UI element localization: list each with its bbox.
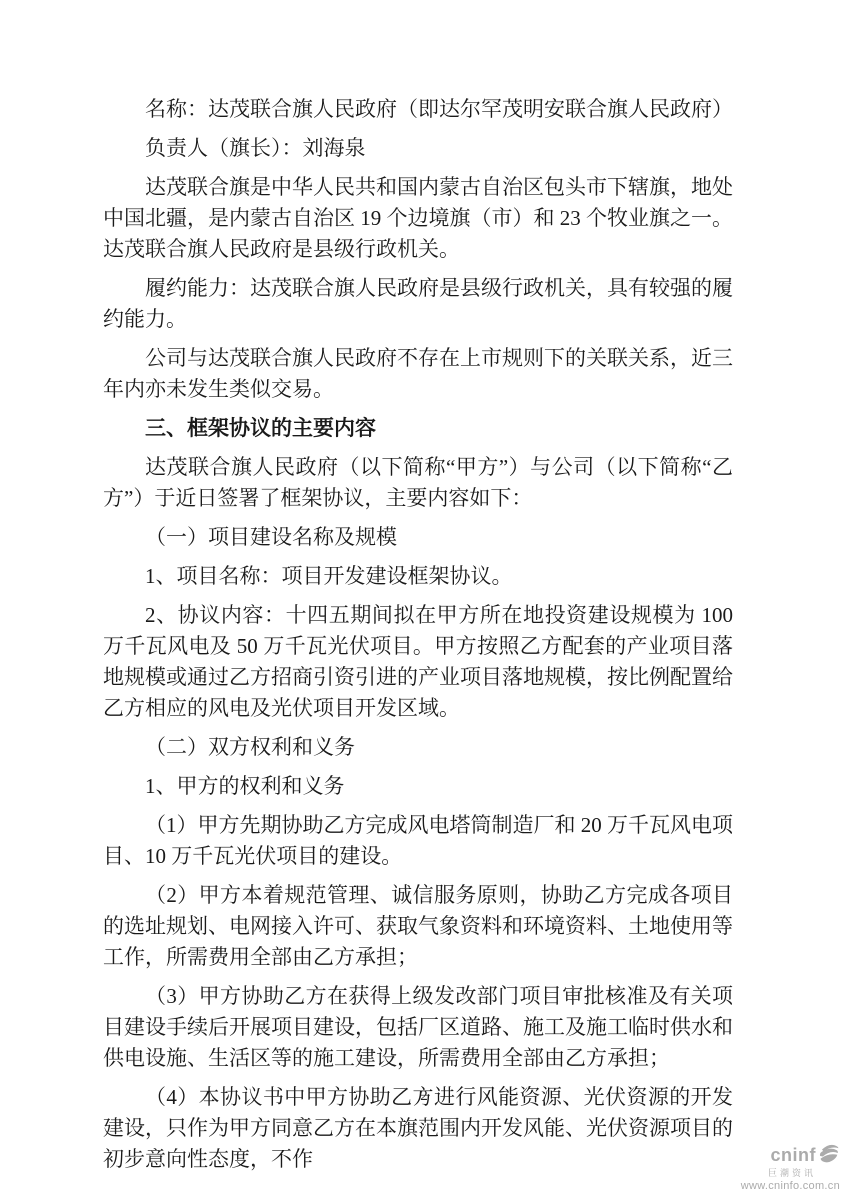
- subheading-rights-and-obligations: （二）双方权利和义务: [103, 732, 733, 763]
- heading-section-three-agreement-content: 三、框架协议的主要内容: [103, 413, 733, 444]
- subheading-project-name-and-scale: （一）项目建设名称及规模: [103, 522, 733, 553]
- para-no-related-transactions: 公司与达茂联合旗人民政府不存在上市规则下的关联关系，近三年内亦未发生类似交易。: [103, 343, 733, 405]
- item-3-construction-support: （3）甲方协助乙方在获得上级发改部门项目审批核准及有关项目建设手续后开展项目建设…: [103, 981, 733, 1074]
- item-1-early-stage-assistance: （1）甲方先期协助乙方完成风电塔筒制造厂和 20 万千瓦风电项目、10 万千瓦光…: [103, 810, 733, 872]
- cninfo-url: www.cninfo.com.cn: [741, 1181, 840, 1192]
- para-principal-name: 负责人（旗长）：刘海泉: [103, 133, 733, 164]
- para-performance-capability: 履约能力：达茂联合旗人民政府是县级行政机关，具有较强的履约能力。: [103, 273, 733, 335]
- item-2-service-assistance: （2）甲方本着规范管理、诚信服务原则，协助乙方完成各项目的选址规划、电网接入许可…: [103, 880, 733, 973]
- item-project-name: 1、项目名称：项目开发建设框架协议。: [103, 561, 733, 592]
- cninfo-logo-icon: [818, 1144, 840, 1168]
- item-party-a-rights-obligations: 1、甲方的权利和义务: [103, 771, 733, 802]
- para-damao-banner-intro: 达茂联合旗是中华人民共和国内蒙古自治区包头市下辖旗，地处中国北疆，是内蒙古自治区…: [103, 172, 733, 265]
- item-agreement-content: 2、协议内容：十四五期间拟在甲方所在地投资建设规模为 100 万千瓦风电及 50…: [103, 600, 733, 724]
- cninfo-brand-chinese: 巨潮资讯: [741, 1169, 840, 1178]
- document-page: 名称：达茂联合旗人民政府（即达尔罕茂明安联合旗人民政府） 负责人（旗长）：刘海泉…: [0, 0, 848, 1200]
- cninfo-brand-text: cninf: [771, 1146, 817, 1164]
- document-body: 名称：达茂联合旗人民政府（即达尔罕茂明安联合旗人民政府） 负责人（旗长）：刘海泉…: [103, 94, 733, 1183]
- para-counterparty-name: 名称：达茂联合旗人民政府（即达尔罕茂明安联合旗人民政府）: [103, 94, 733, 125]
- cninfo-watermark: cninf 巨潮资讯 www.cninfo.com.cn: [741, 1142, 840, 1192]
- page-number: 2: [0, 1088, 848, 1105]
- para-agreement-signing: 达茂联合旗人民政府（以下简称“甲方”）与公司（以下简称“乙方”）于近日签署了框架…: [103, 452, 733, 514]
